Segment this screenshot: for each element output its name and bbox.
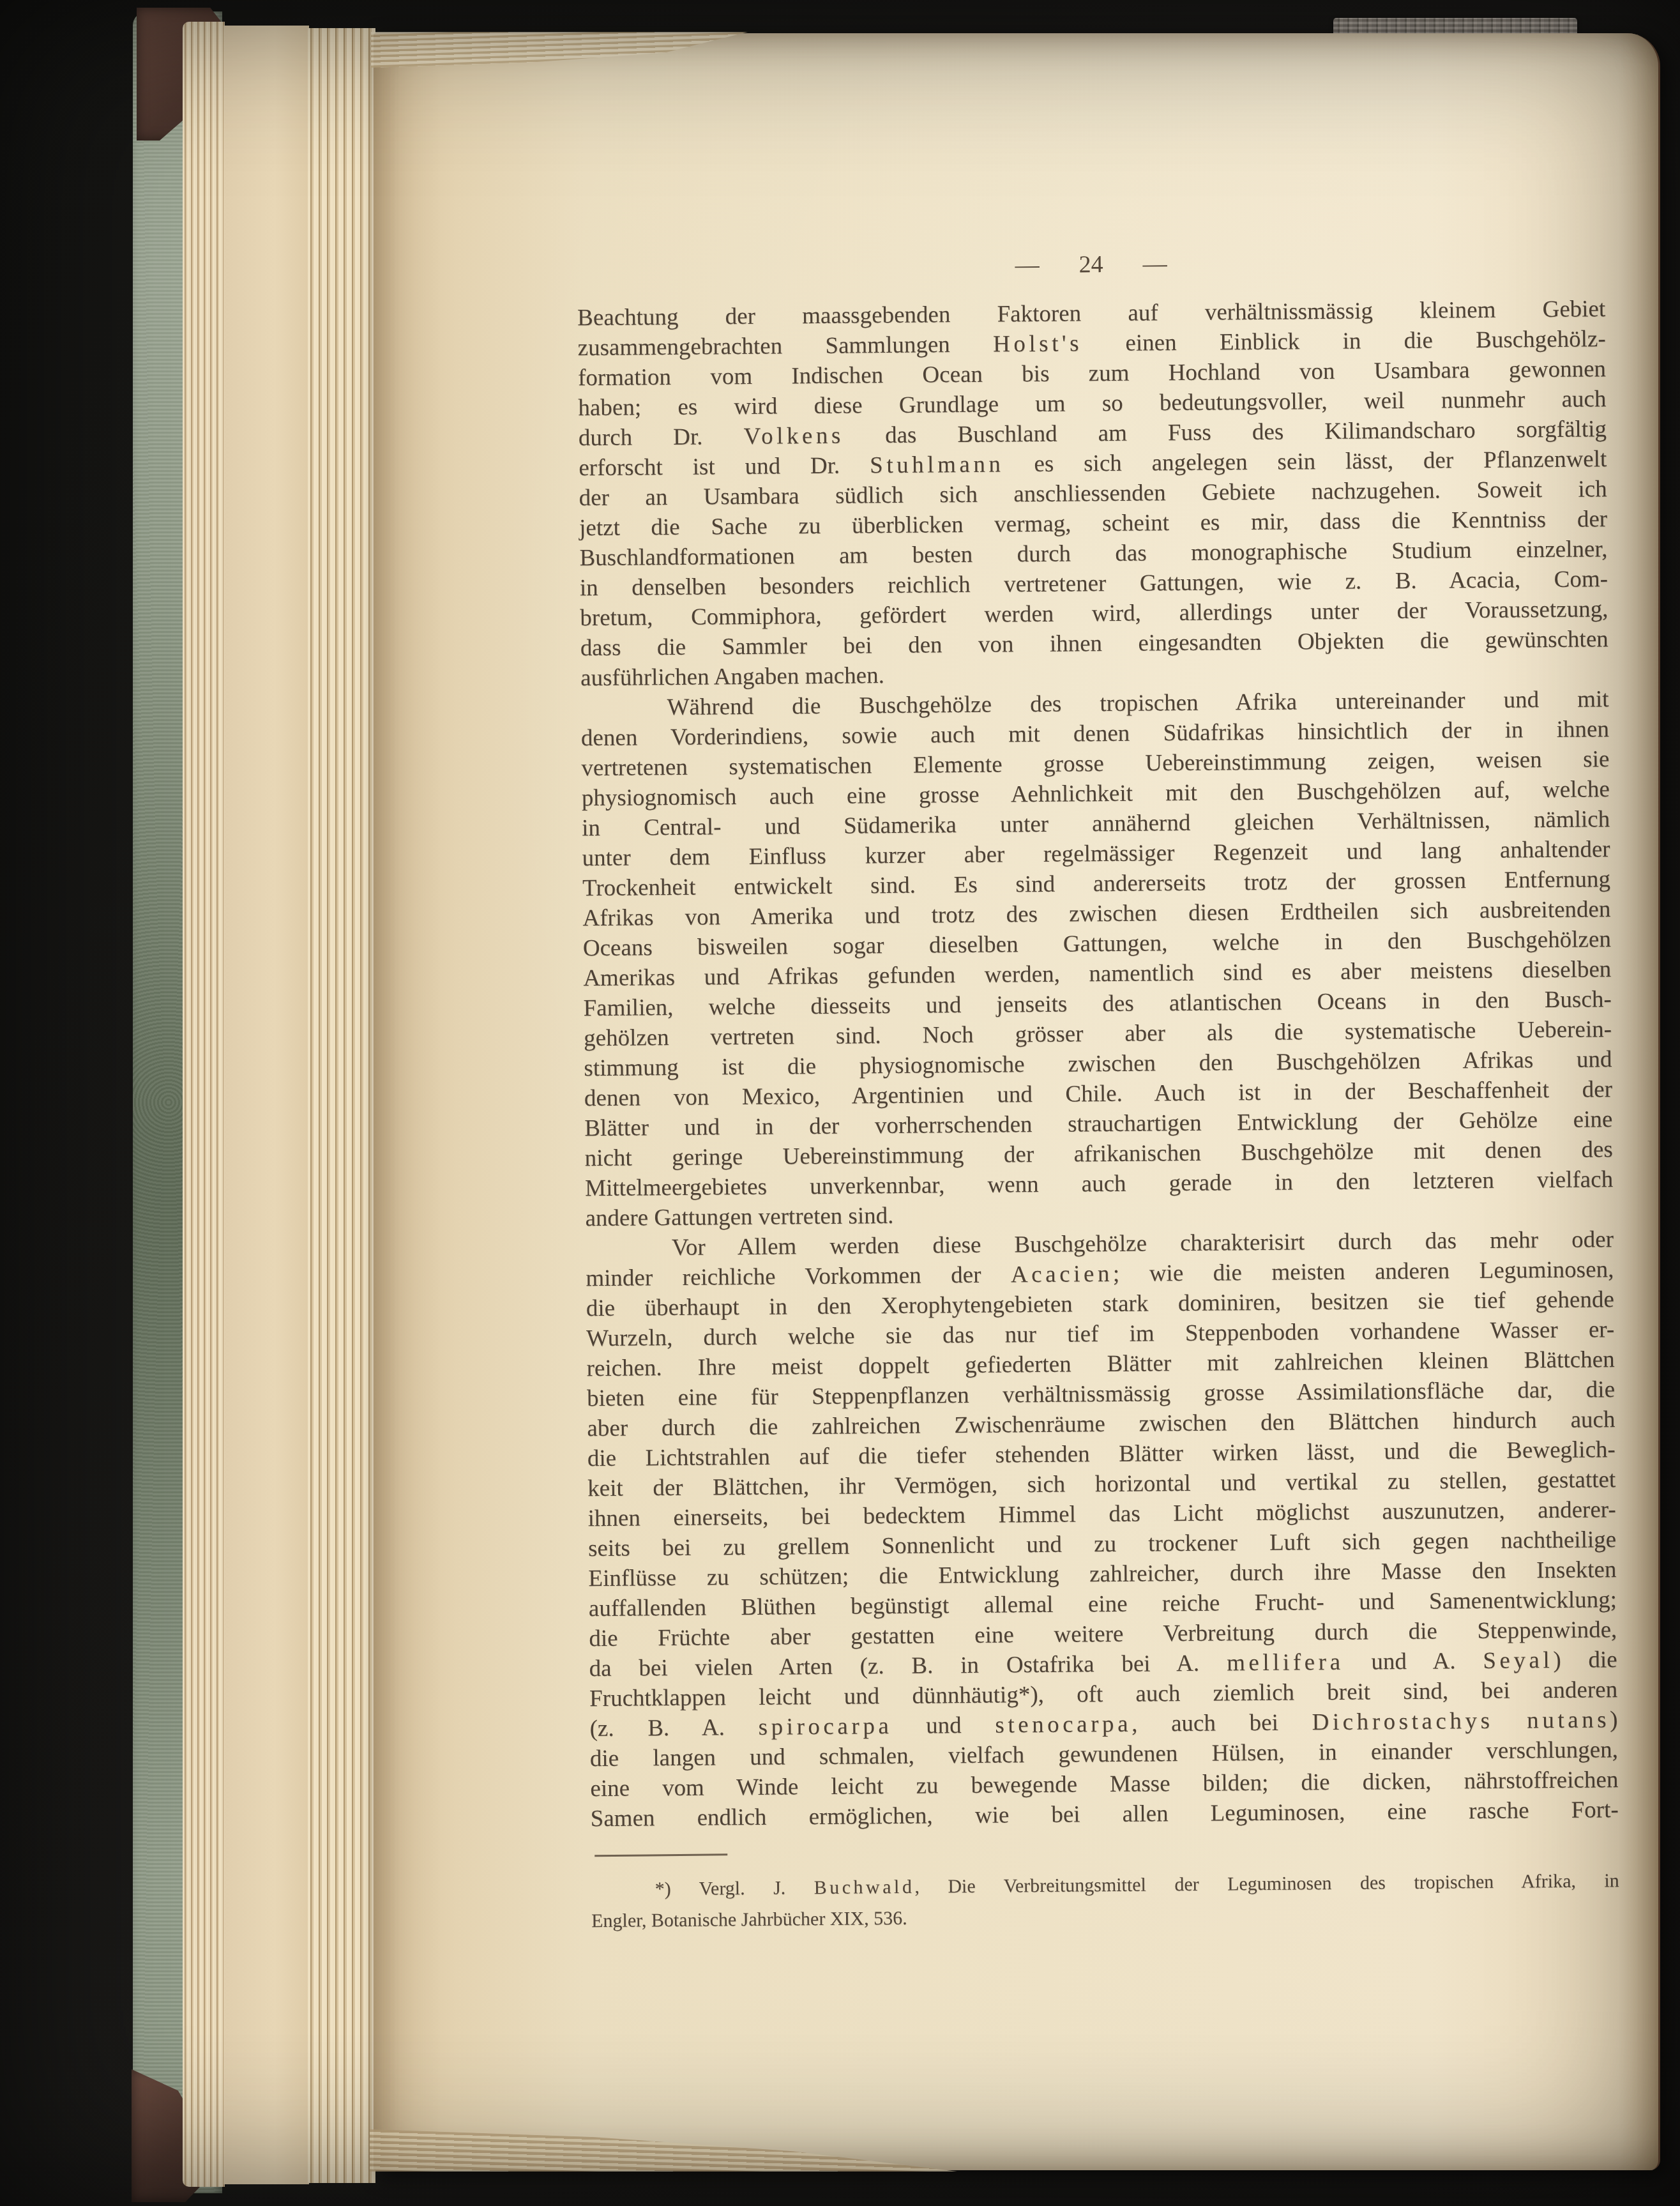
book-scan: — 24 — Beachtung der maassgebenden Fakto…: [0, 0, 1680, 2206]
letterspaced-name: spirocarpa: [759, 1713, 893, 1740]
page-under-surface: [223, 26, 309, 2184]
header-dash-left: —: [1015, 251, 1039, 279]
page-stack-edges-outer: [183, 22, 225, 2187]
page-stack-edges-inner: [308, 28, 375, 2183]
footnote-rule: [594, 1853, 727, 1857]
letterspaced-name: Seyal: [1483, 1647, 1553, 1674]
footnote: *) Vergl. J. Buchwald, Die Verbreitungsm…: [591, 1865, 1620, 1936]
header-dash-right: —: [1142, 250, 1167, 278]
letterspaced-name: stenocarpa: [995, 1711, 1131, 1738]
page-text-layer: — 24 — Beachtung der maassgebenden Fakto…: [364, 28, 1667, 2176]
page-number: 24: [1078, 250, 1103, 278]
letterspaced-name: Acacien: [1011, 1261, 1113, 1288]
letterspaced-name: nutans: [1527, 1707, 1610, 1733]
letterspaced-name: Volkens: [743, 423, 844, 450]
page-header: — 24 —: [577, 246, 1605, 283]
page-text: Beachtung der maassgebenden Faktoren auf…: [577, 294, 1619, 1834]
letterspaced-name: Dichrostachys: [1312, 1708, 1493, 1735]
book-page: — 24 — Beachtung der maassgebenden Fakto…: [374, 33, 1660, 2170]
letterspaced-name: Stuhlmann: [870, 451, 1004, 478]
letterspaced-name: mellifera: [1227, 1649, 1344, 1677]
letterspaced-name: Holst's: [993, 330, 1082, 357]
letterspaced-name: Buchwald: [814, 1876, 915, 1898]
